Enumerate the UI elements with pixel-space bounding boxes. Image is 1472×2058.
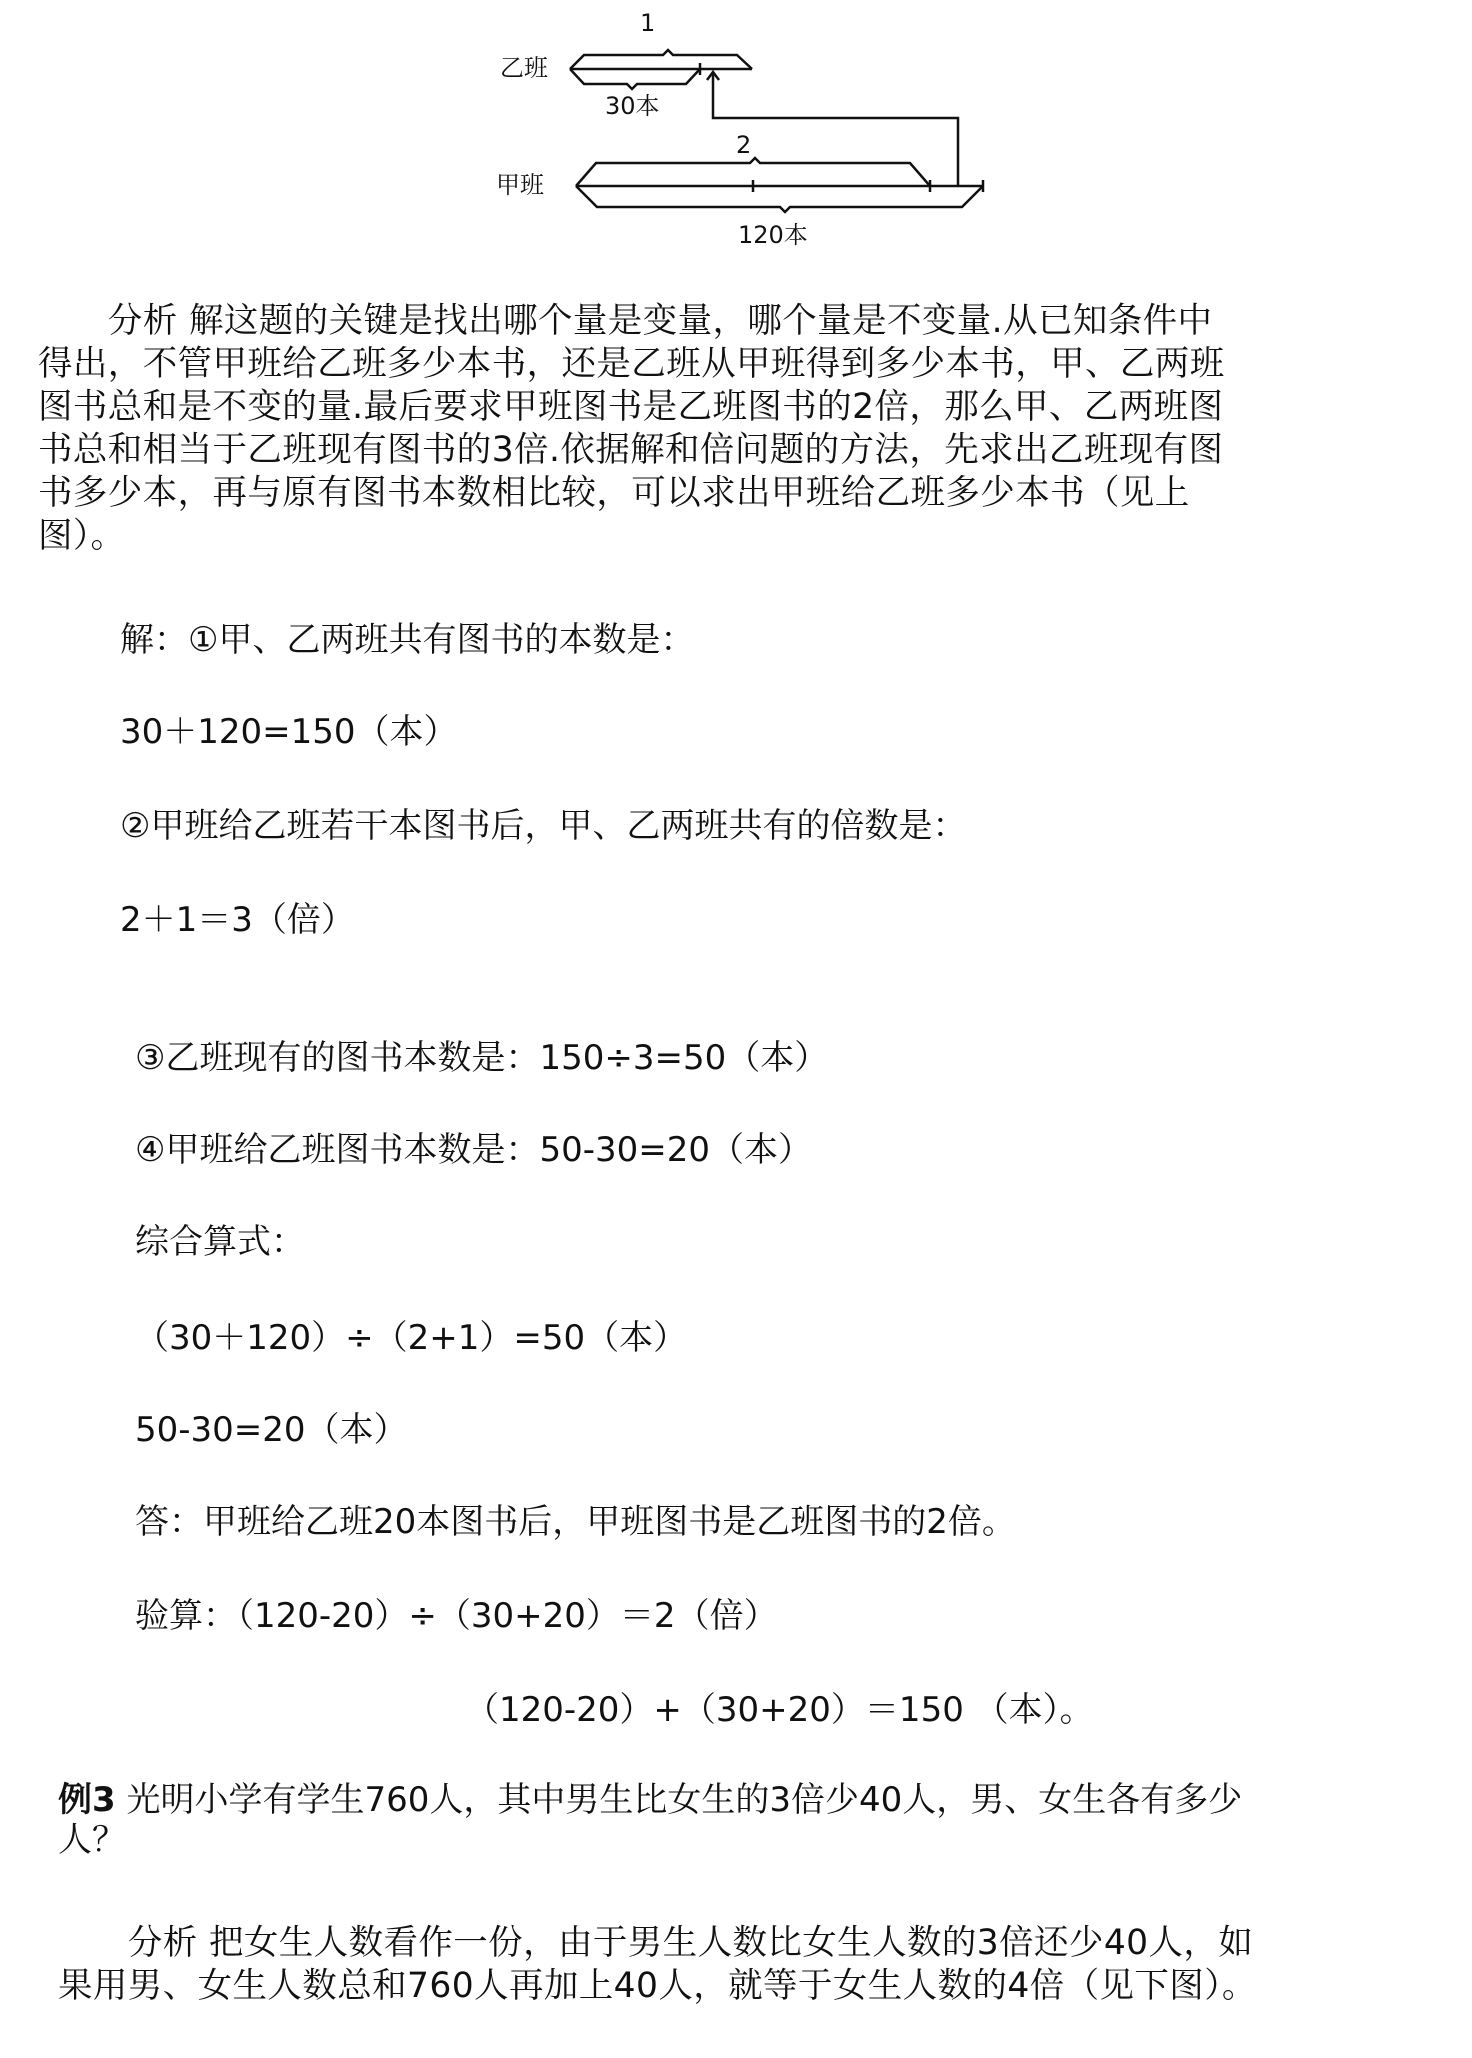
analysis-line: 分析 解这题的关键是找出哪个量是变量，哪个量是不变量.从已知条件中: [38, 300, 1438, 343]
analysis-line: 图）。: [38, 515, 1438, 558]
analysis-paragraph: 分析 解这题的关键是找出哪个量是变量，哪个量是不变量.从已知条件中 得出，不管甲…: [38, 300, 1438, 558]
analysis-line: 果用男、女生人数总和760人再加上40人，就等于女生人数的4倍（见下图）。: [58, 1965, 1438, 2008]
solution-step-1-calc: 30＋120=150（本）: [120, 712, 458, 752]
check-line-2: （120-20）+（30+20）＝150 （本）。: [465, 1690, 1094, 1730]
class-b-label: 乙班: [500, 55, 548, 81]
solution-step-2-label: ②甲班给乙班若干本图书后，甲、乙两班共有的倍数是：: [120, 806, 966, 846]
brace-label-one: 1: [640, 10, 655, 36]
example-3-text: 光明小学有学生760人，其中男生比女生的3倍少40人，男、女生各有多少: [116, 1780, 1243, 1820]
solution-step-4: ④甲班给乙班图书本数是：50-30=20（本）: [135, 1130, 812, 1170]
solution-step-3: ③乙班现有的图书本数是：150÷3=50（本）: [135, 1038, 828, 1078]
segment-diagram-drawing: [0, 0, 1472, 260]
line-segment-diagram: 1 乙班 30本 2 甲班 120本: [0, 0, 1472, 260]
example-3-problem-cont: 人？: [58, 1820, 126, 1860]
brace-label-two: 2: [736, 132, 751, 158]
answer-line: 答：甲班给乙班20本图书后，甲班图书是乙班图书的2倍。: [135, 1502, 1016, 1542]
analysis-line: 分析 把女生人数看作一份，由于男生人数比女生人数的3倍还少40人，如: [58, 1922, 1438, 1965]
check-line-1: 验算：（120-20）÷（30+20）＝2（倍）: [135, 1596, 778, 1636]
example-3-problem: 例3 光明小学有学生760人，其中男生比女生的3倍少40人，男、女生各有多少: [58, 1780, 1242, 1820]
example-3-analysis: 分析 把女生人数看作一份，由于男生人数比女生人数的3倍还少40人，如 果用男、女…: [58, 1922, 1438, 2008]
combined-formula-2: 50-30=20（本）: [135, 1410, 408, 1450]
solution-step-2-calc: 2＋1＝3（倍）: [120, 900, 355, 940]
analysis-line: 图书总和是不变的量.最后要求甲班图书是乙班图书的2倍，那么甲、乙两班图: [38, 386, 1438, 429]
class-a-amount: 120本: [738, 222, 808, 248]
solution-step-1-label: 解：①甲、乙两班共有图书的本数是：: [120, 620, 694, 660]
analysis-line: 书多少本，再与原有图书本数相比较，可以求出甲班给乙班多少本书（见上: [38, 472, 1438, 515]
combined-formula-1: （30＋120）÷（2+1）=50（本）: [135, 1318, 687, 1358]
analysis-line: 得出，不管甲班给乙班多少本书，还是乙班从甲班得到多少本书，甲、乙两班: [38, 343, 1438, 386]
class-b-amount: 30本: [605, 93, 660, 119]
analysis-line: 书总和相当于乙班现有图书的3倍.依据解和倍问题的方法，先求出乙班现有图: [38, 429, 1438, 472]
example-3-label: 例3: [58, 1780, 116, 1820]
combined-formula-label: 综合算式：: [135, 1222, 305, 1262]
class-a-label: 甲班: [496, 172, 544, 198]
